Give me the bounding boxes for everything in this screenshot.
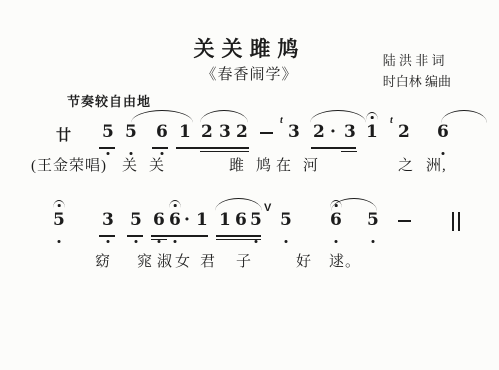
note: 2 xyxy=(313,124,325,141)
note: 5 xyxy=(367,212,379,229)
lyric-syllable: 关 xyxy=(149,154,165,175)
lyric-syllable: 好 xyxy=(296,250,312,271)
note: 2t xyxy=(398,124,410,141)
low-octave-dot xyxy=(254,240,257,243)
note: 5 xyxy=(280,212,292,229)
low-octave-dot xyxy=(284,240,287,243)
note: · xyxy=(330,124,336,141)
low-octave-dot xyxy=(173,240,176,243)
lyric-syllable: 关 xyxy=(122,154,138,175)
lyric-syllable: 窕 xyxy=(137,250,153,271)
lyric-syllable: 之 xyxy=(398,154,414,175)
note: 5 xyxy=(130,212,142,229)
lyric-syllable: (王金荣唱) xyxy=(31,154,107,175)
lyric-syllable: 子 xyxy=(236,250,252,271)
beam-underline xyxy=(99,235,115,237)
note: 5 xyxy=(250,212,262,229)
note: 1 xyxy=(219,212,231,229)
fermata-icon xyxy=(366,112,378,120)
lyric-syllable: 鸠 xyxy=(256,154,272,175)
lyric-syllable: 女 xyxy=(175,250,191,271)
lyric-syllable: 河 xyxy=(303,154,319,175)
lyric-syllable: 君 xyxy=(200,250,216,271)
lyric-line-1: (王金荣唱)关关雎鸠在河之洲, xyxy=(0,154,499,180)
credits: 陆 洪 非 词时白林 编曲 xyxy=(383,50,451,92)
note: 6 xyxy=(153,212,165,229)
duration-dash xyxy=(260,132,273,134)
composer-credit: 时白林 编曲 xyxy=(383,74,451,89)
lyric-line-2: 窈窕淑女君子好逑。 xyxy=(0,250,499,276)
note: 3 xyxy=(344,124,356,141)
beam-underline xyxy=(341,151,357,153)
note: 6 xyxy=(169,212,181,229)
final-barline xyxy=(452,212,460,231)
fermata-icon xyxy=(169,200,181,208)
note: 3 xyxy=(102,212,114,229)
low-octave-dot xyxy=(134,240,137,243)
low-octave-dot xyxy=(57,240,60,243)
beam-underline xyxy=(311,147,356,149)
lyric-syllable: 淑 xyxy=(157,250,173,271)
beam-underline xyxy=(216,235,261,237)
note: · xyxy=(184,212,190,229)
note: 6 xyxy=(156,124,168,141)
beam-underline xyxy=(176,147,249,149)
duration-dash xyxy=(398,220,411,222)
note: 5 xyxy=(102,124,114,141)
beam-underline xyxy=(127,235,143,237)
score-line-2: 53566·1165565V xyxy=(0,196,499,248)
sheet-music-page: 关关雎鸠 《春香闹学》 陆 洪 非 词时白林 编曲 节奏较自由地 5561232… xyxy=(0,0,499,370)
low-octave-dot xyxy=(371,240,374,243)
note: 6 xyxy=(330,212,342,229)
note: 2 xyxy=(236,124,248,141)
lyric-syllable: 窈 xyxy=(95,250,111,271)
lyric-syllable: 逑。 xyxy=(329,250,361,271)
beam-underline xyxy=(151,235,208,237)
note: 1 xyxy=(366,124,378,141)
fermata-icon xyxy=(53,200,65,208)
lyric-syllable: 洲, xyxy=(426,154,447,175)
note: 6 xyxy=(437,124,449,141)
breath-mark: V xyxy=(264,202,271,214)
note: 1 xyxy=(179,124,191,141)
trill-ornament-icon: t xyxy=(390,116,393,126)
low-octave-dot xyxy=(157,240,160,243)
note: 5 xyxy=(53,212,65,229)
score-line-1: 55612323t2·312t6廿 xyxy=(0,108,499,160)
note: 6 xyxy=(235,212,247,229)
beam-underline xyxy=(200,151,249,153)
note: 1 xyxy=(196,212,208,229)
free-meter-sign: 廿 xyxy=(56,124,71,145)
note: 5 xyxy=(125,124,137,141)
note: 3t xyxy=(288,124,300,141)
note: 2 xyxy=(201,124,213,141)
lyric-syllable: 雎 xyxy=(229,154,245,175)
lyricist-credit: 陆 洪 非 词 xyxy=(383,53,445,68)
note: 3 xyxy=(219,124,231,141)
beam-underline xyxy=(99,147,115,149)
low-octave-dot xyxy=(106,240,109,243)
trill-ornament-icon: t xyxy=(280,116,283,126)
beam-underline xyxy=(152,147,168,149)
lyric-syllable: 在 xyxy=(276,154,292,175)
low-octave-dot xyxy=(334,240,337,243)
